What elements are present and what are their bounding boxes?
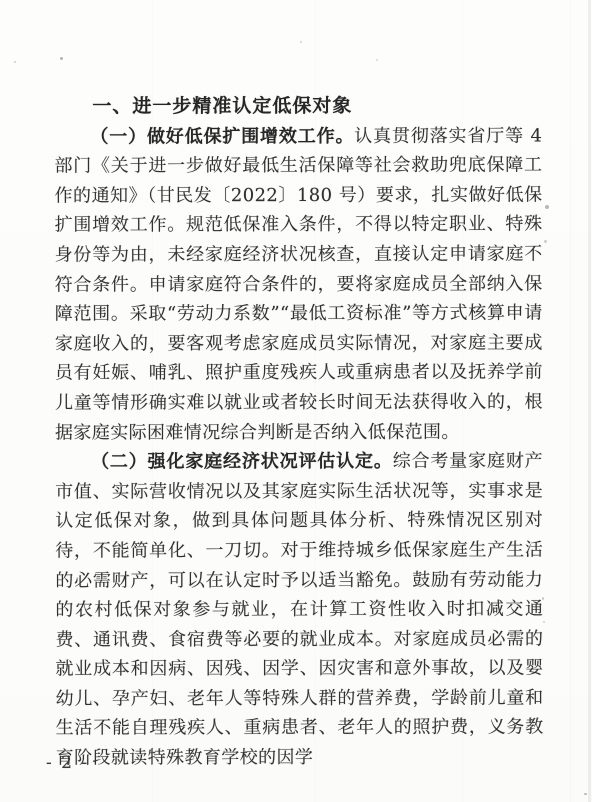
scan-streak (570, 0, 571, 802)
scan-speckle (300, 41, 302, 43)
scan-speckle (584, 793, 587, 795)
scan-speckle (60, 57, 63, 60)
document-body: 一、进一步精准认定低保对象 （一）做好低保扩围增效工作。认真贯彻落实省厅等 4 … (54, 91, 543, 773)
scan-speckle (376, 59, 378, 61)
paragraph-2-text: 综合考量家庭财产市值、实际营收情况以及其家庭实际生活状况等，实事求是认定低保对象… (55, 451, 544, 769)
paragraph-2: （二）强化家庭经济状况评估认定。综合考量家庭财产市值、实际营收情况以及其家庭实际… (55, 447, 544, 774)
section-heading: 一、进一步精准认定低保对象 (54, 91, 542, 122)
scan-speckle (544, 240, 547, 243)
scanned-page: 一、进一步精准认定低保对象 （一）做好低保扩围增效工作。认真贯彻落实省厅等 4 … (0, 0, 592, 802)
page-edge-shadow (588, 0, 591, 802)
paragraph-2-lead: （二）强化家庭经济状况评估认定。 (91, 451, 393, 473)
paragraph-1-text: 认真贯彻落实省厅等 4 部门《关于进一步做好最低生活保障等社会救助兜底保障工作的… (54, 125, 543, 443)
scan-speckle (14, 61, 16, 63)
page-number: - 2 - (46, 753, 89, 773)
paragraph-1: （一）做好低保扩围增效工作。认真贯彻落实省厅等 4 部门《关于进一步做好最低生活… (54, 121, 543, 448)
scan-speckle (545, 205, 549, 209)
paragraph-1-lead: （一）做好低保扩围增效工作。 (90, 125, 354, 147)
